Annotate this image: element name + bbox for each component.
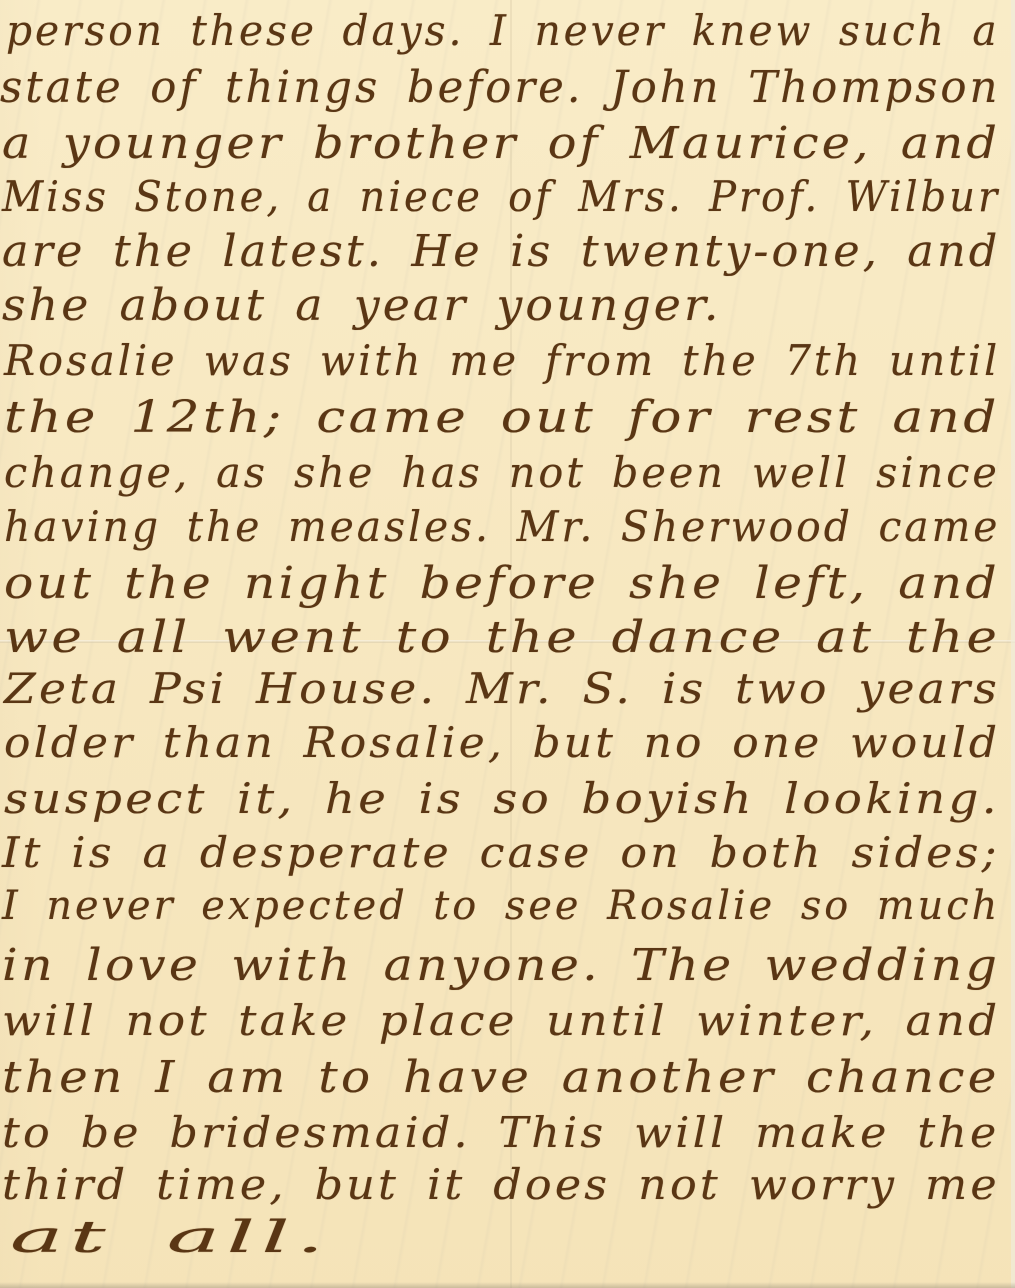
letter-line: having the measles. Mr. Sherwood came (4, 506, 1000, 548)
letter-line: to be bridesmaid. This will make the (2, 1112, 999, 1154)
letter-line: change, as she has not been well since (4, 452, 1000, 494)
letter-line: state of things before. John Thompson (0, 66, 1000, 110)
letter-line: at all. (10, 1216, 331, 1260)
paper-bottom-edge (0, 1282, 1015, 1288)
letter-line: she about a year younger. (2, 284, 722, 328)
letter-line: out the night before she left, and (4, 562, 1000, 606)
letter-line: Rosalie was with me from the 7th until (4, 340, 1000, 382)
letter-line: then I am to have another chance (2, 1056, 1000, 1100)
letter-line: Miss Stone, a niece of Mrs. Prof. Wilbur (2, 176, 1000, 218)
letter-line: third time, but it does not worry me (2, 1164, 1000, 1206)
letter-line: It is a desperate case on both sides; (2, 832, 1000, 874)
letter-line: the 12th; came out for rest and (4, 396, 1000, 440)
letter-line: in love with anyone. The wedding (2, 944, 1000, 988)
letter-line: we all went to the dance at the (4, 616, 1000, 660)
letter-line: person these days. I never knew such a (6, 10, 1000, 52)
letter-line: suspect it, he is so boyish looking. (4, 778, 1000, 820)
letter-page: person these days. I never knew such a s… (0, 0, 1015, 1288)
letter-line: are the latest. He is twenty-one, and (2, 230, 1000, 274)
paper-right-edge (1011, 0, 1015, 1288)
letter-line: older than Rosalie, but no one would (4, 722, 1000, 764)
letter-line: will not take place until winter, and (2, 1000, 1000, 1042)
letter-line: a younger brother of Maurice, and (2, 122, 1000, 166)
letter-line: I never expected to see Rosalie so much (2, 886, 1000, 926)
letter-line: Zeta Psi House. Mr. S. is two years (4, 668, 1000, 710)
